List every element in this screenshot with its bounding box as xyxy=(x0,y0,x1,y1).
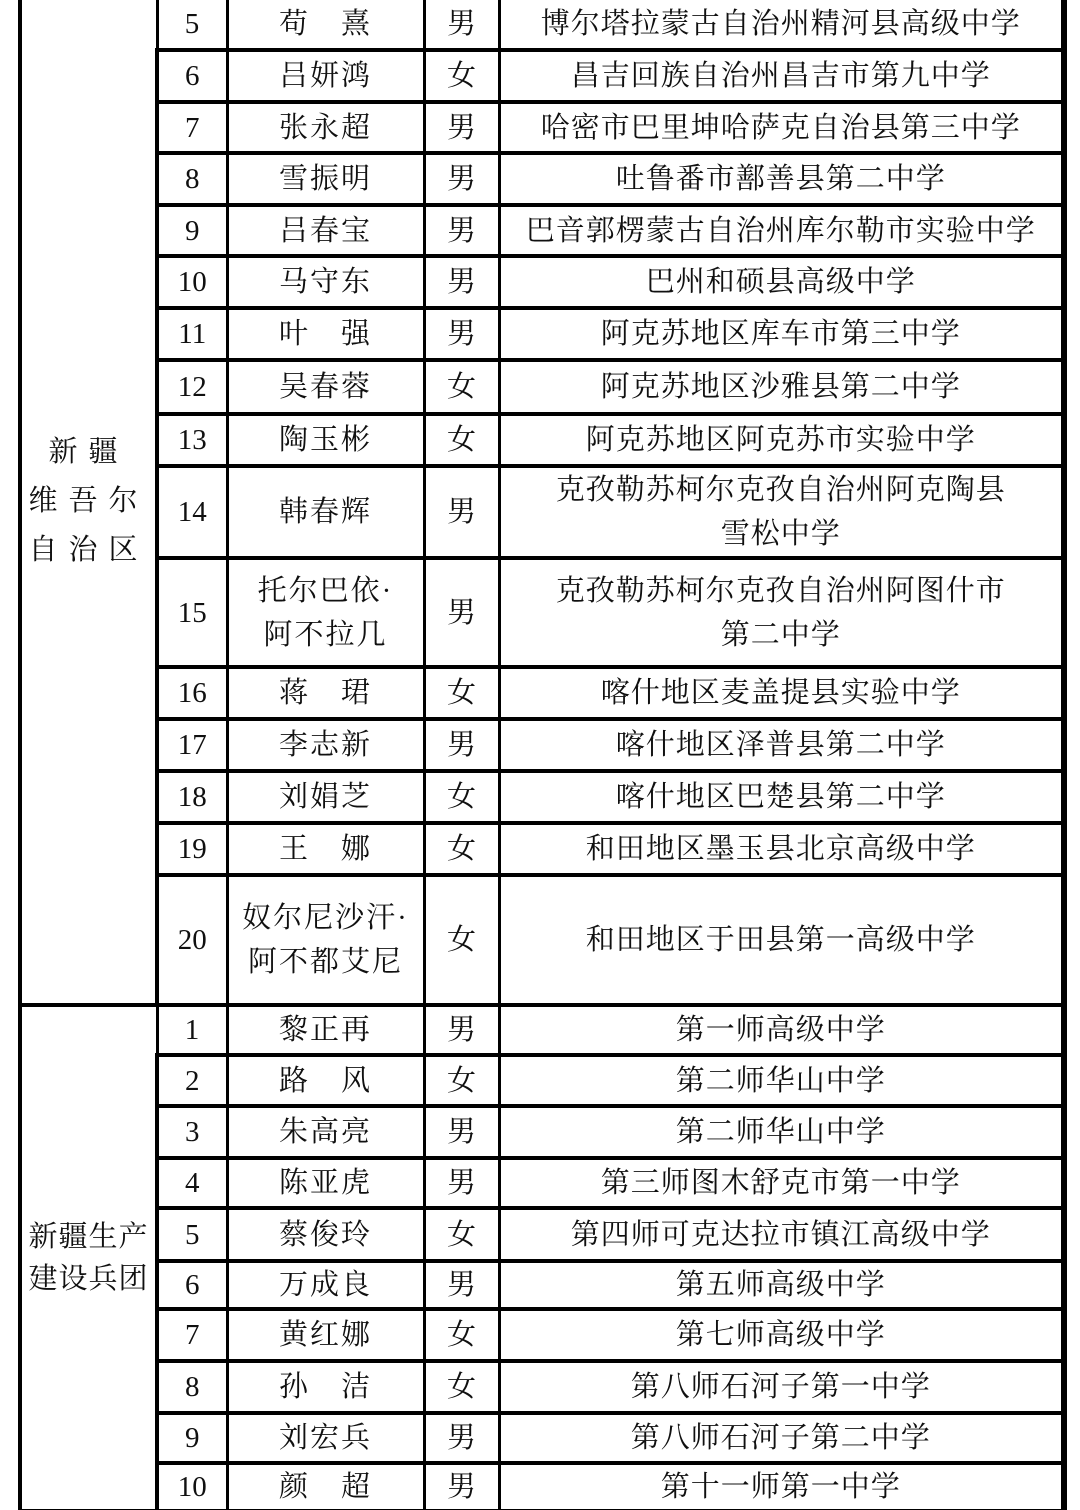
serial-number: 1 xyxy=(159,1008,226,1052)
serial-number-cell: 5 xyxy=(157,0,227,50)
gender-cell: 男 xyxy=(424,1463,499,1510)
gender-value: 女 xyxy=(426,365,498,409)
school-name-cell: 巴州和硕县高级中学 xyxy=(499,256,1064,308)
gender-value: 男 xyxy=(426,1465,498,1509)
serial-number: 18 xyxy=(159,775,226,819)
gender-cell: 男 xyxy=(424,1106,499,1158)
gender-value: 男 xyxy=(426,260,498,304)
serial-number: 15 xyxy=(159,591,226,635)
school-name-line: 第一师高级中学 xyxy=(501,1008,1062,1052)
school-name-line: 博尔塔拉蒙古自治州精河县高级中学 xyxy=(501,2,1062,46)
serial-number-cell: 15 xyxy=(157,558,227,667)
gender-value: 男 xyxy=(426,312,498,356)
student-name-line: 阿不都艾尼 xyxy=(229,940,423,984)
school-name-line: 和田地区墨玉县北京高级中学 xyxy=(501,827,1062,871)
gender-cell: 女 xyxy=(424,360,499,414)
serial-number-cell: 9 xyxy=(157,1413,227,1463)
school-name-cell: 昌吉回族自治州昌吉市第九中学 xyxy=(499,50,1064,102)
school-name-cell: 克孜勒苏柯尔克孜自治州阿图什市第二中学 xyxy=(499,558,1064,667)
serial-number-cell: 18 xyxy=(157,771,227,823)
serial-number: 19 xyxy=(159,827,226,871)
student-name-cell: 李志新 xyxy=(227,719,424,771)
school-name-line: 第八师石河子第二中学 xyxy=(501,1416,1062,1460)
region-label-line: 维吾尔 xyxy=(22,477,155,526)
student-name-cell: 奴尔尼沙汗·阿不都艾尼 xyxy=(227,875,424,1005)
gender-cell: 男 xyxy=(424,1413,499,1463)
table-row: 18刘娟芝女喀什地区巴楚县第二中学 xyxy=(20,771,1064,823)
student-name-cell: 韩春辉 xyxy=(227,466,424,558)
table-row: 16蒋 珺女喀什地区麦盖提县实验中学 xyxy=(20,667,1064,719)
student-name-line: 奴尔尼沙汗· xyxy=(229,896,423,940)
gender-value: 男 xyxy=(426,1008,498,1052)
school-name-line: 雪松中学 xyxy=(501,512,1062,556)
gender-value: 男 xyxy=(426,157,498,201)
gender-cell: 女 xyxy=(424,1055,499,1106)
school-name-line: 喀什地区巴楚县第二中学 xyxy=(501,775,1062,819)
serial-number-cell: 14 xyxy=(157,466,227,558)
serial-number: 16 xyxy=(159,671,226,715)
student-name-line: 雪振明 xyxy=(229,157,423,201)
table-row: 7张永超男哈密市巴里坤哈萨克自治县第三中学 xyxy=(20,102,1064,153)
serial-number-cell: 8 xyxy=(157,153,227,205)
serial-number: 4 xyxy=(159,1161,226,1205)
gender-cell: 女 xyxy=(424,414,499,466)
serial-number-cell: 10 xyxy=(157,1463,227,1510)
serial-number: 2 xyxy=(159,1059,226,1103)
roster-table: 新疆维吾尔自治区5苟 熹男博尔塔拉蒙古自治州精河县高级中学6吕妍鸿女昌吉回族自治… xyxy=(18,0,1067,1510)
student-name-cell: 王 娜 xyxy=(227,823,424,875)
school-name-line: 第七师高级中学 xyxy=(501,1313,1062,1357)
school-name-line: 巴音郭楞蒙古自治州库尔勒市实验中学 xyxy=(501,209,1062,253)
student-name-line: 阿不拉几 xyxy=(229,613,423,657)
serial-number: 13 xyxy=(159,418,226,462)
gender-cell: 男 xyxy=(424,558,499,667)
student-name-cell: 苟 熹 xyxy=(227,0,424,50)
school-name-cell: 喀什地区麦盖提县实验中学 xyxy=(499,667,1064,719)
school-name-line: 吐鲁番市鄯善县第二中学 xyxy=(501,157,1062,201)
serial-number-cell: 5 xyxy=(157,1208,227,1261)
serial-number: 7 xyxy=(159,1313,226,1357)
school-name-cell: 第二师华山中学 xyxy=(499,1055,1064,1106)
serial-number-cell: 19 xyxy=(157,823,227,875)
school-name-cell: 喀什地区泽普县第二中学 xyxy=(499,719,1064,771)
gender-cell: 男 xyxy=(424,205,499,256)
table-row: 8孙 洁女第八师石河子第一中学 xyxy=(20,1361,1064,1413)
serial-number: 5 xyxy=(159,2,226,46)
student-name-line: 黄红娜 xyxy=(229,1313,423,1357)
student-name-cell: 朱高亮 xyxy=(227,1106,424,1158)
gender-value: 女 xyxy=(426,1213,498,1257)
school-name-cell: 第三师图木舒克市第一中学 xyxy=(499,1158,1064,1208)
serial-number-cell: 11 xyxy=(157,308,227,360)
gender-value: 男 xyxy=(426,591,498,635)
gender-cell: 女 xyxy=(424,1309,499,1361)
table-row: 10马守东男巴州和硕县高级中学 xyxy=(20,256,1064,308)
table-row: 新疆维吾尔自治区5苟 熹男博尔塔拉蒙古自治州精河县高级中学 xyxy=(20,0,1064,50)
student-name-cell: 陈亚虎 xyxy=(227,1158,424,1208)
student-name-line: 王 娜 xyxy=(229,827,423,871)
school-name-cell: 第十一师第一中学 xyxy=(499,1463,1064,1510)
serial-number: 20 xyxy=(159,918,226,962)
gender-cell: 女 xyxy=(424,50,499,102)
school-name-line: 第三师图木舒克市第一中学 xyxy=(501,1161,1062,1205)
student-name-cell: 蒋 珺 xyxy=(227,667,424,719)
serial-number: 17 xyxy=(159,723,226,767)
serial-number: 10 xyxy=(159,260,226,304)
student-name-line: 吕妍鸿 xyxy=(229,54,423,98)
school-name-cell: 第八师石河子第一中学 xyxy=(499,1361,1064,1413)
table-row: 19王 娜女和田地区墨玉县北京高级中学 xyxy=(20,823,1064,875)
student-name-cell: 孙 洁 xyxy=(227,1361,424,1413)
region-label-line: 新疆生产 xyxy=(22,1216,155,1258)
serial-number-cell: 16 xyxy=(157,667,227,719)
serial-number: 7 xyxy=(159,106,226,150)
student-name-line: 马守东 xyxy=(229,260,423,304)
table-row: 新疆生产建设兵团1黎正再男第一师高级中学 xyxy=(20,1005,1064,1055)
gender-value: 男 xyxy=(426,2,498,46)
gender-cell: 女 xyxy=(424,1208,499,1261)
gender-cell: 女 xyxy=(424,1361,499,1413)
school-name-cell: 克孜勒苏柯尔克孜自治州阿克陶县雪松中学 xyxy=(499,466,1064,558)
school-name-cell: 博尔塔拉蒙古自治州精河县高级中学 xyxy=(499,0,1064,50)
school-name-line: 喀什地区泽普县第二中学 xyxy=(501,723,1062,767)
school-name-line: 第二师华山中学 xyxy=(501,1110,1062,1154)
serial-number: 10 xyxy=(159,1465,226,1509)
table-row: 6万成良男第五师高级中学 xyxy=(20,1261,1064,1309)
serial-number-cell: 9 xyxy=(157,205,227,256)
gender-value: 女 xyxy=(426,1059,498,1103)
table-row: 12吴春蓉女阿克苏地区沙雅县第二中学 xyxy=(20,360,1064,414)
serial-number: 11 xyxy=(159,312,226,356)
serial-number-cell: 1 xyxy=(157,1005,227,1055)
gender-cell: 女 xyxy=(424,875,499,1005)
school-name-line: 阿克苏地区阿克苏市实验中学 xyxy=(501,418,1062,462)
serial-number: 9 xyxy=(159,1416,226,1460)
gender-value: 男 xyxy=(426,209,498,253)
student-name-cell: 张永超 xyxy=(227,102,424,153)
gender-value: 男 xyxy=(426,723,498,767)
student-name-line: 蔡俊玲 xyxy=(229,1213,423,1257)
student-name-cell: 叶 强 xyxy=(227,308,424,360)
student-name-cell: 吕春宝 xyxy=(227,205,424,256)
gender-cell: 男 xyxy=(424,0,499,50)
school-name-line: 哈密市巴里坤哈萨克自治县第三中学 xyxy=(501,106,1062,150)
table-row: 8雪振明男吐鲁番市鄯善县第二中学 xyxy=(20,153,1064,205)
school-name-line: 和田地区于田县第一高级中学 xyxy=(501,918,1062,962)
region-label: 新疆维吾尔自治区 xyxy=(22,428,155,575)
student-name-cell: 刘宏兵 xyxy=(227,1413,424,1463)
gender-value: 女 xyxy=(426,1313,498,1357)
school-name-cell: 阿克苏地区阿克苏市实验中学 xyxy=(499,414,1064,466)
student-name-line: 托尔巴依· xyxy=(229,569,423,613)
gender-value: 女 xyxy=(426,827,498,871)
school-name-cell: 第四师可克达拉市镇江高级中学 xyxy=(499,1208,1064,1261)
table-row: 10颜 超男第十一师第一中学 xyxy=(20,1463,1064,1510)
school-name-line: 克孜勒苏柯尔克孜自治州阿图什市 xyxy=(501,569,1062,613)
region-section: 新疆维吾尔自治区5苟 熹男博尔塔拉蒙古自治州精河县高级中学6吕妍鸿女昌吉回族自治… xyxy=(20,0,1064,1005)
student-name-line: 万成良 xyxy=(229,1263,423,1307)
student-name-cell: 陶玉彬 xyxy=(227,414,424,466)
student-name-line: 黎正再 xyxy=(229,1008,423,1052)
student-name-line: 吴春蓉 xyxy=(229,365,423,409)
student-name-cell: 黄红娜 xyxy=(227,1309,424,1361)
gender-value: 女 xyxy=(426,1365,498,1409)
table-row: 13陶玉彬女阿克苏地区阿克苏市实验中学 xyxy=(20,414,1064,466)
table-row: 17李志新男喀什地区泽普县第二中学 xyxy=(20,719,1064,771)
serial-number-cell: 7 xyxy=(157,1309,227,1361)
gender-value: 男 xyxy=(426,1263,498,1307)
serial-number: 14 xyxy=(159,490,226,534)
gender-cell: 男 xyxy=(424,1005,499,1055)
region-label: 新疆生产建设兵团 xyxy=(22,1216,155,1300)
school-name-line: 阿克苏地区库车市第三中学 xyxy=(501,312,1062,356)
table-row: 4陈亚虎男第三师图木舒克市第一中学 xyxy=(20,1158,1064,1208)
table-row: 15托尔巴依·阿不拉几男克孜勒苏柯尔克孜自治州阿图什市第二中学 xyxy=(20,558,1064,667)
scanned-document-page: 新疆维吾尔自治区5苟 熹男博尔塔拉蒙古自治州精河县高级中学6吕妍鸿女昌吉回族自治… xyxy=(0,0,1080,1510)
serial-number: 3 xyxy=(159,1110,226,1154)
serial-number-cell: 4 xyxy=(157,1158,227,1208)
school-name-cell: 和田地区于田县第一高级中学 xyxy=(499,875,1064,1005)
school-name-cell: 哈密市巴里坤哈萨克自治县第三中学 xyxy=(499,102,1064,153)
gender-cell: 女 xyxy=(424,823,499,875)
gender-value: 男 xyxy=(426,1161,498,1205)
serial-number-cell: 20 xyxy=(157,875,227,1005)
table-row: 2路 风女第二师华山中学 xyxy=(20,1055,1064,1106)
serial-number: 12 xyxy=(159,365,226,409)
school-name-line: 第十一师第一中学 xyxy=(501,1465,1062,1509)
student-name-line: 陶玉彬 xyxy=(229,418,423,462)
school-name-line: 巴州和硕县高级中学 xyxy=(501,260,1062,304)
gender-cell: 男 xyxy=(424,466,499,558)
student-name-line: 朱高亮 xyxy=(229,1110,423,1154)
table-row: 6吕妍鸿女昌吉回族自治州昌吉市第九中学 xyxy=(20,50,1064,102)
school-name-line: 第二师华山中学 xyxy=(501,1059,1062,1103)
serial-number: 9 xyxy=(159,209,226,253)
serial-number: 5 xyxy=(159,1213,226,1257)
serial-number: 8 xyxy=(159,1365,226,1409)
table-row: 7黄红娜女第七师高级中学 xyxy=(20,1309,1064,1361)
serial-number-cell: 7 xyxy=(157,102,227,153)
serial-number-cell: 8 xyxy=(157,1361,227,1413)
student-name-line: 吕春宝 xyxy=(229,209,423,253)
school-name-cell: 吐鲁番市鄯善县第二中学 xyxy=(499,153,1064,205)
table-row: 9刘宏兵男第八师石河子第二中学 xyxy=(20,1413,1064,1463)
serial-number-cell: 12 xyxy=(157,360,227,414)
serial-number-cell: 3 xyxy=(157,1106,227,1158)
school-name-line: 昌吉回族自治州昌吉市第九中学 xyxy=(501,54,1062,98)
student-name-line: 刘宏兵 xyxy=(229,1416,423,1460)
school-name-line: 第四师可克达拉市镇江高级中学 xyxy=(501,1213,1062,1257)
student-name-cell: 万成良 xyxy=(227,1261,424,1309)
student-name-line: 李志新 xyxy=(229,723,423,767)
school-name-line: 克孜勒苏柯尔克孜自治州阿克陶县 xyxy=(501,468,1062,512)
serial-number-cell: 13 xyxy=(157,414,227,466)
student-name-cell: 吕妍鸿 xyxy=(227,50,424,102)
gender-value: 女 xyxy=(426,671,498,715)
gender-cell: 男 xyxy=(424,308,499,360)
school-name-cell: 第五师高级中学 xyxy=(499,1261,1064,1309)
gender-value: 女 xyxy=(426,918,498,962)
gender-cell: 女 xyxy=(424,667,499,719)
serial-number: 6 xyxy=(159,54,226,98)
student-name-line: 陈亚虎 xyxy=(229,1161,423,1205)
student-name-line: 张永超 xyxy=(229,106,423,150)
student-name-cell: 吴春蓉 xyxy=(227,360,424,414)
school-name-cell: 巴音郭楞蒙古自治州库尔勒市实验中学 xyxy=(499,205,1064,256)
gender-value: 女 xyxy=(426,54,498,98)
region-label-line: 自治区 xyxy=(22,526,155,575)
student-name-line: 苟 熹 xyxy=(229,2,423,46)
gender-value: 女 xyxy=(426,775,498,819)
region-name-cell: 新疆生产建设兵团 xyxy=(20,1005,157,1510)
student-name-cell: 刘娟芝 xyxy=(227,771,424,823)
table-row: 5蔡俊玲女第四师可克达拉市镇江高级中学 xyxy=(20,1208,1064,1261)
table-row: 3朱高亮男第二师华山中学 xyxy=(20,1106,1064,1158)
serial-number-cell: 6 xyxy=(157,50,227,102)
student-name-line: 孙 洁 xyxy=(229,1365,423,1409)
school-name-cell: 第八师石河子第二中学 xyxy=(499,1413,1064,1463)
student-name-line: 叶 强 xyxy=(229,312,423,356)
serial-number-cell: 2 xyxy=(157,1055,227,1106)
school-name-cell: 和田地区墨玉县北京高级中学 xyxy=(499,823,1064,875)
student-name-cell: 黎正再 xyxy=(227,1005,424,1055)
student-name-cell: 马守东 xyxy=(227,256,424,308)
school-name-cell: 喀什地区巴楚县第二中学 xyxy=(499,771,1064,823)
gender-cell: 男 xyxy=(424,1261,499,1309)
table-row: 14韩春辉男克孜勒苏柯尔克孜自治州阿克陶县雪松中学 xyxy=(20,466,1064,558)
student-name-line: 刘娟芝 xyxy=(229,775,423,819)
student-name-cell: 颜 超 xyxy=(227,1463,424,1510)
student-name-line: 颜 超 xyxy=(229,1465,423,1509)
gender-value: 男 xyxy=(426,1416,498,1460)
student-name-cell: 雪振明 xyxy=(227,153,424,205)
serial-number-cell: 17 xyxy=(157,719,227,771)
table-row: 9吕春宝男巴音郭楞蒙古自治州库尔勒市实验中学 xyxy=(20,205,1064,256)
gender-cell: 女 xyxy=(424,771,499,823)
school-name-line: 阿克苏地区沙雅县第二中学 xyxy=(501,365,1062,409)
school-name-cell: 第七师高级中学 xyxy=(499,1309,1064,1361)
table-row: 11叶 强男阿克苏地区库车市第三中学 xyxy=(20,308,1064,360)
student-name-cell: 蔡俊玲 xyxy=(227,1208,424,1261)
gender-value: 男 xyxy=(426,1110,498,1154)
region-label-line: 新疆 xyxy=(22,428,155,477)
gender-cell: 男 xyxy=(424,153,499,205)
school-name-line: 第二中学 xyxy=(501,613,1062,657)
gender-value: 男 xyxy=(426,106,498,150)
gender-cell: 男 xyxy=(424,719,499,771)
school-name-cell: 阿克苏地区沙雅县第二中学 xyxy=(499,360,1064,414)
gender-value: 男 xyxy=(426,490,498,534)
student-name-line: 路 风 xyxy=(229,1059,423,1103)
serial-number: 8 xyxy=(159,157,226,201)
region-section: 新疆生产建设兵团1黎正再男第一师高级中学2路 风女第二师华山中学3朱高亮男第二师… xyxy=(20,1005,1064,1510)
gender-cell: 男 xyxy=(424,1158,499,1208)
serial-number-cell: 10 xyxy=(157,256,227,308)
serial-number-cell: 6 xyxy=(157,1261,227,1309)
student-name-line: 韩春辉 xyxy=(229,490,423,534)
gender-cell: 男 xyxy=(424,102,499,153)
school-name-line: 喀什地区麦盖提县实验中学 xyxy=(501,671,1062,715)
school-name-cell: 第二师华山中学 xyxy=(499,1106,1064,1158)
student-name-cell: 托尔巴依·阿不拉几 xyxy=(227,558,424,667)
school-name-cell: 第一师高级中学 xyxy=(499,1005,1064,1055)
table-row: 20奴尔尼沙汗·阿不都艾尼女和田地区于田县第一高级中学 xyxy=(20,875,1064,1005)
gender-cell: 男 xyxy=(424,256,499,308)
school-name-cell: 阿克苏地区库车市第三中学 xyxy=(499,308,1064,360)
school-name-line: 第八师石河子第一中学 xyxy=(501,1365,1062,1409)
region-label-line: 建设兵团 xyxy=(22,1258,155,1300)
school-name-line: 第五师高级中学 xyxy=(501,1263,1062,1307)
student-name-cell: 路 风 xyxy=(227,1055,424,1106)
serial-number: 6 xyxy=(159,1263,226,1307)
student-name-line: 蒋 珺 xyxy=(229,671,423,715)
gender-value: 女 xyxy=(426,418,498,462)
region-name-cell: 新疆维吾尔自治区 xyxy=(20,0,157,1005)
